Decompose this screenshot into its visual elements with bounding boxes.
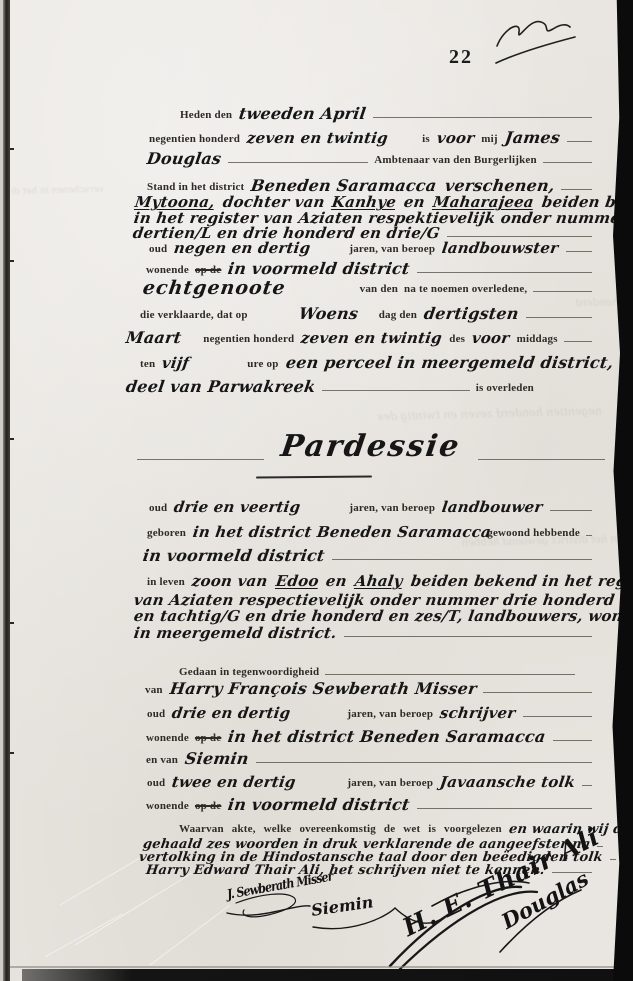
handwritten-year: zeven en twintig bbox=[300, 330, 443, 346]
form-line-death-place2: deel van Parwakreek is overleden bbox=[122, 379, 595, 395]
fill-rule bbox=[582, 784, 592, 786]
printed-label: jaren, van beroep bbox=[349, 502, 435, 515]
printed-label: na te noemen overledene, bbox=[404, 283, 527, 296]
handwritten-occupation: landbouwster bbox=[441, 240, 560, 256]
handwritten-occupation: schrijver bbox=[439, 705, 517, 721]
form-line-death-hour-place: ten vijf ure op een perceel in meergemel… bbox=[137, 355, 595, 371]
form-line-deceased-age: oud drie en veertig jaren, van beroep la… bbox=[146, 499, 595, 515]
handwritten-mother-name: Maharajeea bbox=[432, 194, 535, 210]
form-line-deceased-birthplace: geboren in het district Beneden Saramacc… bbox=[144, 524, 595, 540]
printed-label: is bbox=[422, 133, 430, 146]
handwritten-registrar-surname: Douglas bbox=[146, 151, 222, 167]
printed-label: Waarvan akte, welke overeenkomstig de we… bbox=[179, 823, 502, 836]
printed-label: wonende bbox=[146, 732, 189, 745]
ghost-bleedthrough: verschenen in het district bbox=[12, 185, 104, 197]
printed-label: geboren bbox=[147, 527, 186, 540]
handwritten-witness2-name: Siemin bbox=[184, 751, 250, 767]
printed-label: dag den bbox=[379, 309, 417, 322]
registrar-paraph-mark bbox=[496, 22, 575, 63]
form-line-death-day: die verklaarde, dat op Woens dag den der… bbox=[137, 306, 595, 322]
form-line-registrar-surname: Douglas Ambtenaar van den Burgerlijken bbox=[143, 151, 595, 167]
page-bottom-shadow bbox=[10, 966, 623, 968]
handwritten-occupation: landbouwer bbox=[441, 499, 544, 515]
form-line-relation: echtgenoote van den na te noemen overled… bbox=[139, 280, 595, 296]
form-line-death-month-year: Maart negentien honderd zeven en twintig… bbox=[122, 330, 595, 346]
book-binding-edge bbox=[3, 0, 10, 981]
fill-rule bbox=[586, 534, 592, 536]
fill-rule bbox=[564, 340, 592, 342]
handwritten-text: in meergemeld district. bbox=[133, 625, 338, 641]
fill-rule bbox=[373, 116, 592, 118]
handwritten-residence: in voormeld district bbox=[227, 261, 411, 277]
form-line-date: Heden den tweeden April bbox=[177, 106, 595, 122]
form-line-deceased-parents: in leven zoon van Edoo en Ahaly beiden b… bbox=[144, 573, 595, 589]
form-line-declarant-name: Mytoona, dochter van Kanhye en Maharajee… bbox=[131, 194, 595, 210]
printed-struck-text: op de bbox=[195, 732, 221, 745]
printed-label: wonende bbox=[146, 264, 189, 277]
handwritten-residence: in het district Beneden Saramacca bbox=[227, 729, 547, 745]
printed-label: negentien honderd bbox=[149, 133, 240, 146]
printed-label: oud bbox=[149, 243, 167, 256]
form-line-parents-register: van Aziaten respectievelijk onder nummer… bbox=[130, 592, 595, 608]
printed-label: jaren, van beroep bbox=[347, 708, 433, 721]
form-line-year-registrar: negentien honderd zeven en twintig is vo… bbox=[146, 130, 595, 146]
printed-label: ure op bbox=[247, 358, 278, 371]
handwritten-birthplace: in het district Beneden Saramacca bbox=[192, 524, 481, 540]
signature-witness2: Siemin bbox=[310, 892, 374, 920]
handwritten-word: voor bbox=[436, 130, 476, 146]
form-line-closing: Waarvan akte, welke overeenkomstig de we… bbox=[176, 823, 595, 836]
form-line-witness1-name: van Harry François Sewberath Misser bbox=[142, 681, 595, 697]
fill-rule bbox=[553, 739, 592, 741]
handwritten-daynumber: dertigsten bbox=[423, 306, 520, 322]
handwritten-place: een perceel in meergemeld district, bbox=[284, 355, 614, 371]
printed-label: Ambtenaar van den Burgerlijken bbox=[374, 154, 537, 167]
handwritten-occupation: Javaansche tolk bbox=[439, 774, 576, 790]
fill-rule bbox=[137, 458, 264, 460]
fill-rule bbox=[325, 673, 575, 675]
handwritten-age: negen en dertig bbox=[173, 240, 343, 256]
handwritten-mother-name: Ahaly bbox=[354, 573, 404, 589]
fill-rule bbox=[447, 235, 592, 237]
handwritten-relation: echtgenoote bbox=[142, 280, 287, 296]
printed-label: ten bbox=[140, 358, 155, 371]
printed-label: is overleden bbox=[476, 382, 534, 395]
fill-rule bbox=[332, 558, 592, 560]
printed-label: jaren, van beroep bbox=[347, 777, 433, 790]
ghost-bleedthrough: negentien honderd zeven en twintig des bbox=[330, 404, 602, 424]
printed-label: oud bbox=[147, 777, 165, 790]
fill-rule bbox=[417, 807, 592, 809]
printed-label: in leven bbox=[147, 576, 185, 589]
handwritten-text: en tachtig/G en drie honderd en zes/T, l… bbox=[133, 608, 633, 624]
form-line-witness1-age: oud drie en dertig jaren, van beroep sch… bbox=[144, 705, 595, 721]
printed-struck-text: op de bbox=[195, 800, 221, 813]
form-line-parents-numbers: en tachtig/G en drie honderd en zes/T, l… bbox=[130, 608, 595, 624]
handwritten-hour: vijf bbox=[161, 355, 241, 371]
fill-rule bbox=[561, 188, 592, 190]
handwritten-weekday: Woens bbox=[298, 306, 360, 322]
handwritten-word: verschenen, bbox=[444, 178, 556, 194]
fill-rule bbox=[228, 161, 368, 163]
printed-label: die verklaarde, dat op bbox=[140, 309, 248, 322]
handwritten-residence: in voormeld district bbox=[227, 797, 411, 813]
handwritten-text: beiden bekend in het register bbox=[410, 573, 633, 589]
handwritten-registrar-firstname: James bbox=[504, 130, 561, 146]
handwritten-residence: in voormeld district bbox=[142, 548, 326, 564]
fill-rule bbox=[478, 458, 605, 460]
handwritten-father-name: Kanhye bbox=[331, 194, 397, 210]
form-line-witness1-residence: wonende op de in het district Beneden Sa… bbox=[143, 729, 595, 745]
form-line-witness2-residence: wonende op de in voormeld district bbox=[143, 797, 595, 813]
fill-rule bbox=[344, 635, 592, 637]
handwritten-word: voor bbox=[471, 330, 511, 346]
handwritten-date: tweeden April bbox=[238, 106, 367, 122]
printed-struck-text: op de bbox=[195, 264, 221, 277]
handwritten-age: drie en dertig bbox=[171, 705, 341, 721]
printed-label: des bbox=[449, 333, 465, 346]
form-line-district: Stand in het district Beneden Saramacca … bbox=[144, 178, 595, 194]
printed-label: mij bbox=[481, 133, 497, 146]
fill-rule bbox=[322, 389, 469, 391]
printed-label: van bbox=[145, 684, 163, 697]
printed-label: jaren, van beroep bbox=[349, 243, 435, 256]
form-line-deceased-name: Pardessie bbox=[134, 430, 608, 464]
handwritten-text: en bbox=[325, 573, 348, 589]
page-number: 22 bbox=[449, 46, 473, 69]
printed-label: oud bbox=[147, 708, 165, 721]
fill-rule bbox=[566, 250, 593, 252]
printed-label: van den bbox=[360, 283, 398, 296]
handwritten-father-name: Edoo bbox=[274, 573, 319, 589]
fill-rule bbox=[533, 290, 592, 292]
printed-label: Gedaan in tegenwoordigheid bbox=[179, 666, 319, 679]
fill-rule bbox=[523, 715, 592, 717]
handwritten-age: drie en veertig bbox=[173, 499, 343, 515]
fill-rule bbox=[567, 140, 592, 142]
printed-label: middags bbox=[517, 333, 558, 346]
fill-rule bbox=[483, 691, 592, 693]
handwritten-age: twee en dertig bbox=[171, 774, 341, 790]
fill-rule bbox=[417, 271, 592, 273]
printed-label: negentien honderd bbox=[203, 333, 294, 346]
handwritten-text: zoon van bbox=[191, 573, 269, 589]
handwritten-year: zeven en twintig bbox=[246, 130, 416, 146]
handwritten-place-detail: deel van Parwakreek bbox=[125, 379, 317, 395]
printed-label: en van bbox=[146, 754, 178, 767]
scan-edge-bottom bbox=[22, 969, 633, 981]
handwritten-witness1-name: Harry François Sewberath Misser bbox=[169, 681, 478, 697]
handwritten-text: van Aziaten respectievelijk onder nummer… bbox=[133, 592, 633, 608]
printed-label: wonende bbox=[146, 800, 189, 813]
handwritten-text: en bbox=[403, 194, 426, 210]
form-line-witness-header: Gedaan in tegenwoordigheid bbox=[176, 666, 578, 679]
handwritten-month: Maart bbox=[125, 330, 183, 346]
printed-label: gewoond hebbende bbox=[487, 527, 580, 540]
form-line-declarant-residence: wonende op de in voormeld district bbox=[143, 261, 595, 277]
handwritten-district: Beneden Saramacca bbox=[250, 178, 438, 194]
form-line-witness2-name: en van Siemin bbox=[143, 751, 595, 767]
handwritten-declarant-name: Mytoona, bbox=[134, 194, 216, 210]
deceased-name-underline bbox=[256, 475, 372, 478]
fill-rule bbox=[526, 316, 592, 318]
fill-rule bbox=[610, 858, 616, 860]
fill-rule bbox=[543, 161, 592, 163]
form-line-declarant-age: oud negen en dertig jaren, van beroep la… bbox=[146, 240, 595, 256]
handwritten-text: dochter van bbox=[222, 194, 326, 210]
form-line-witness2-age: oud twee en dertig jaren, van beroep Jav… bbox=[144, 774, 595, 790]
printed-label: oud bbox=[149, 502, 167, 515]
document-page: verschenen in het district negentien hon… bbox=[0, 0, 633, 981]
fill-rule bbox=[550, 509, 592, 511]
printed-label: Heden den bbox=[180, 109, 232, 122]
form-line-parents-residence: in meergemeld district. bbox=[130, 625, 595, 641]
fill-rule bbox=[256, 761, 592, 763]
deceased-name: Pardessie bbox=[279, 430, 463, 464]
form-line-deceased-residence: in voormeld district bbox=[139, 548, 595, 564]
